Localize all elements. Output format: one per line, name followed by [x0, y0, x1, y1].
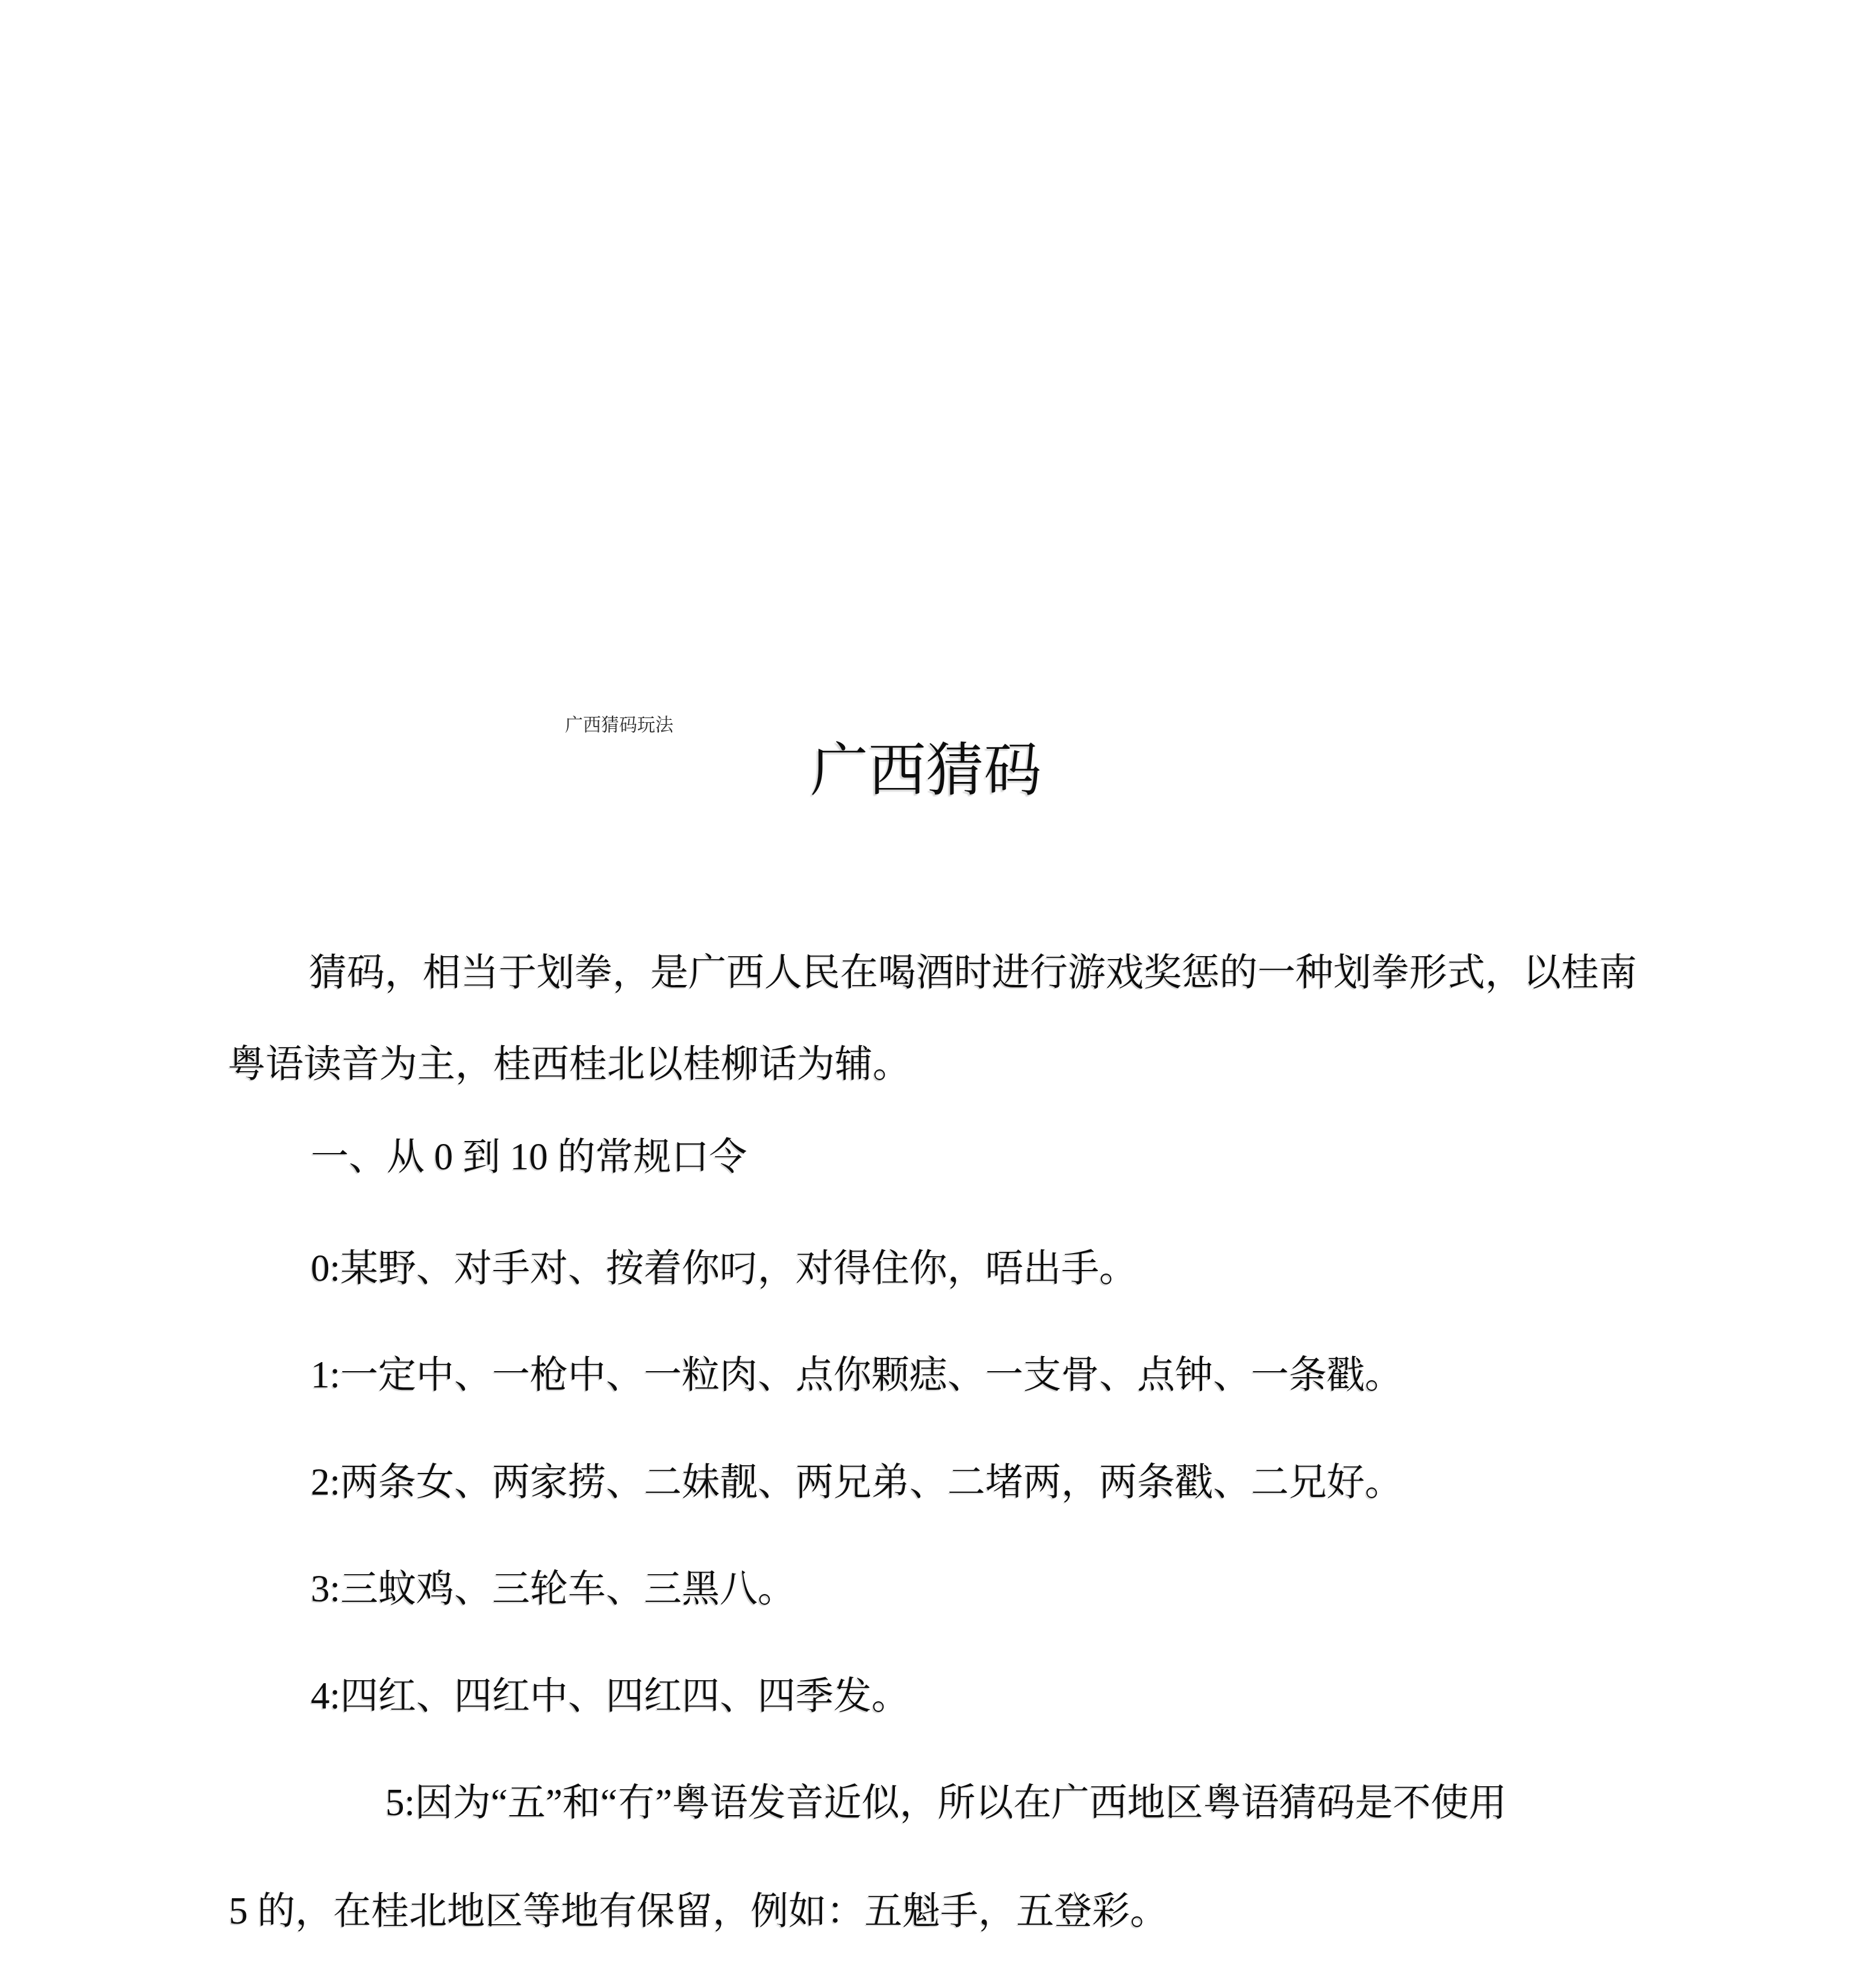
- intro-paragraph-line-1: 猜码，相当于划拳，是广西人民在喝酒时进行游戏奖惩的一种划拳形式，以桂南: [309, 950, 1637, 996]
- list-item-2: 2:两条女、两家捞、二妹靓、两兄弟、二堵两，两条戳、二兄好。: [311, 1460, 1403, 1505]
- page-title: 广西猜码: [0, 737, 1852, 804]
- list-item-5-line-2: 5 的，在桂北地区等地有保留，例如：五魁手，五登彩。: [229, 1889, 1168, 1934]
- list-item-5-line-1: 5:因为“五”和“冇”粤语发音近似，所以在广西地区粤语猜码是不使用: [385, 1780, 1507, 1826]
- list-item-3: 3:三蚊鸡、三轮车、三黑八。: [311, 1566, 796, 1612]
- intro-paragraph-line-2: 粤语读音为主，桂西桂北以桂柳话为辅。: [228, 1042, 911, 1087]
- document-page: 广西猜码玩法 广西猜码 猜码，相当于划拳，是广西人民在喝酒时进行游戏奖惩的一种划…: [0, 0, 1852, 1988]
- list-item-4: 4:四红、四红中、四红四、四季发。: [311, 1674, 909, 1719]
- document-header-note: 广西猜码玩法: [565, 714, 673, 736]
- list-item-1: 1:一定中、一枪中、一粒肉、点你颗痣、一支骨、点钟、一条戳。: [311, 1352, 1403, 1398]
- list-item-0: 0:某野、对手对、按着你叼，对得住你，唔出手。: [311, 1246, 1137, 1292]
- section-heading: 一、从 0 到 10 的常规口令: [311, 1134, 747, 1180]
